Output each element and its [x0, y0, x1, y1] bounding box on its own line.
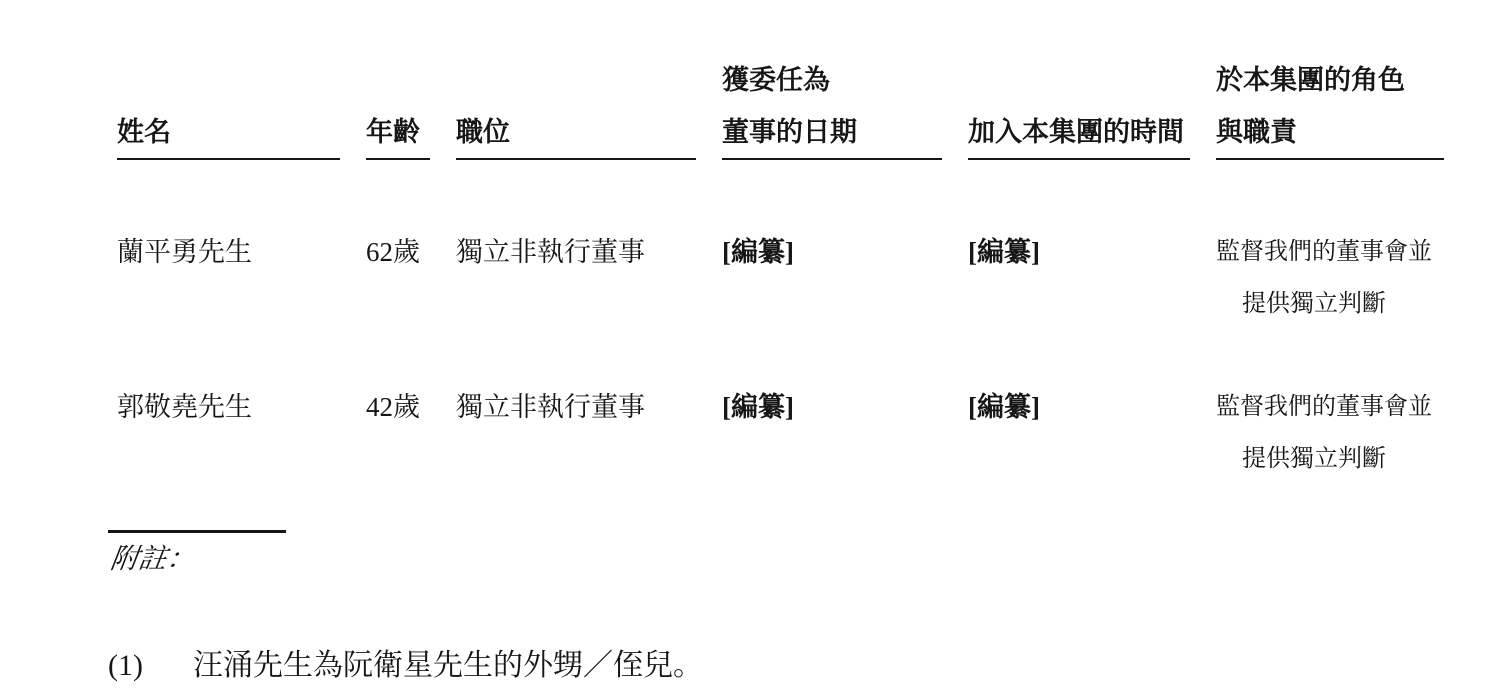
header-role-line2: 與職責: [1216, 106, 1444, 158]
cell-appointment-date: [編纂]: [722, 381, 942, 485]
cell-position: 獨立非執行董事: [456, 226, 696, 330]
cell-name: 蘭平勇先生: [117, 226, 340, 330]
header-join-time-line1: [968, 54, 1190, 106]
cell-join-time: [編纂]: [968, 226, 1190, 330]
cell-appointment-date: [編纂]: [722, 226, 942, 330]
header-cell-appointment-date: 獲委任為 董事的日期: [722, 0, 942, 160]
cell-role-line2: 提供獨立判斷: [1216, 278, 1444, 330]
document-page: 姓名 年齡 職位 獲委任為 董事的日期 加入本集團的時間 於本集團的角色 與職責…: [0, 0, 1509, 691]
header-appointment-date-line1: 獲委任為: [722, 54, 942, 106]
cell-age: 62歲: [366, 226, 430, 330]
notes-divider: [108, 530, 286, 533]
header-position-line2: 職位: [456, 106, 696, 158]
header-cell-join-time: 加入本集團的時間: [968, 0, 1190, 160]
header-cell-age: 年齡: [366, 0, 430, 160]
cell-role-line1: 監督我們的董事會並: [1216, 381, 1444, 433]
cell-join-time: [編纂]: [968, 381, 1190, 485]
header-cell-name: 姓名: [117, 0, 340, 160]
cell-role-line2: 提供獨立判斷: [1216, 433, 1444, 485]
header-position-line1: [456, 54, 696, 106]
header-cell-position: 職位: [456, 0, 696, 160]
table-row: 蘭平勇先生 62歲 獨立非執行董事 [編纂] [編纂] 監督我們的董事會並 提供…: [117, 226, 1444, 330]
header-role-line1: 於本集團的角色: [1216, 54, 1444, 106]
header-age-line1: [366, 54, 430, 106]
header-join-time-line2: 加入本集團的時間: [968, 106, 1190, 158]
cell-age: 42歲: [366, 381, 430, 485]
note-item: (1) 汪涌先生為阮衛星先生的外甥／侄兒。: [108, 644, 703, 688]
table-row: 郭敬堯先生 42歲 獨立非執行董事 [編纂] [編纂] 監督我們的董事會並 提供…: [117, 381, 1444, 485]
cell-role-line1: 監督我們的董事會並: [1216, 226, 1444, 278]
notes-label: 附註：: [108, 542, 197, 578]
cell-role: 監督我們的董事會並 提供獨立判斷: [1216, 381, 1444, 485]
header-name-line2: 姓名: [117, 106, 340, 158]
cell-position: 獨立非執行董事: [456, 381, 696, 485]
cell-role: 監督我們的董事會並 提供獨立判斷: [1216, 226, 1444, 330]
header-cell-role: 於本集團的角色 與職責: [1216, 0, 1444, 160]
table-header-row: 姓名 年齡 職位 獲委任為 董事的日期 加入本集團的時間 於本集團的角色 與職責: [117, 0, 1444, 160]
header-age-line2: 年齡: [366, 106, 430, 158]
header-name-line1: [117, 54, 340, 106]
cell-name: 郭敬堯先生: [117, 381, 340, 485]
note-text: 汪涌先生為阮衛星先生的外甥／侄兒。: [193, 644, 703, 688]
header-appointment-date-line2: 董事的日期: [722, 106, 942, 158]
note-number: (1): [108, 644, 193, 688]
